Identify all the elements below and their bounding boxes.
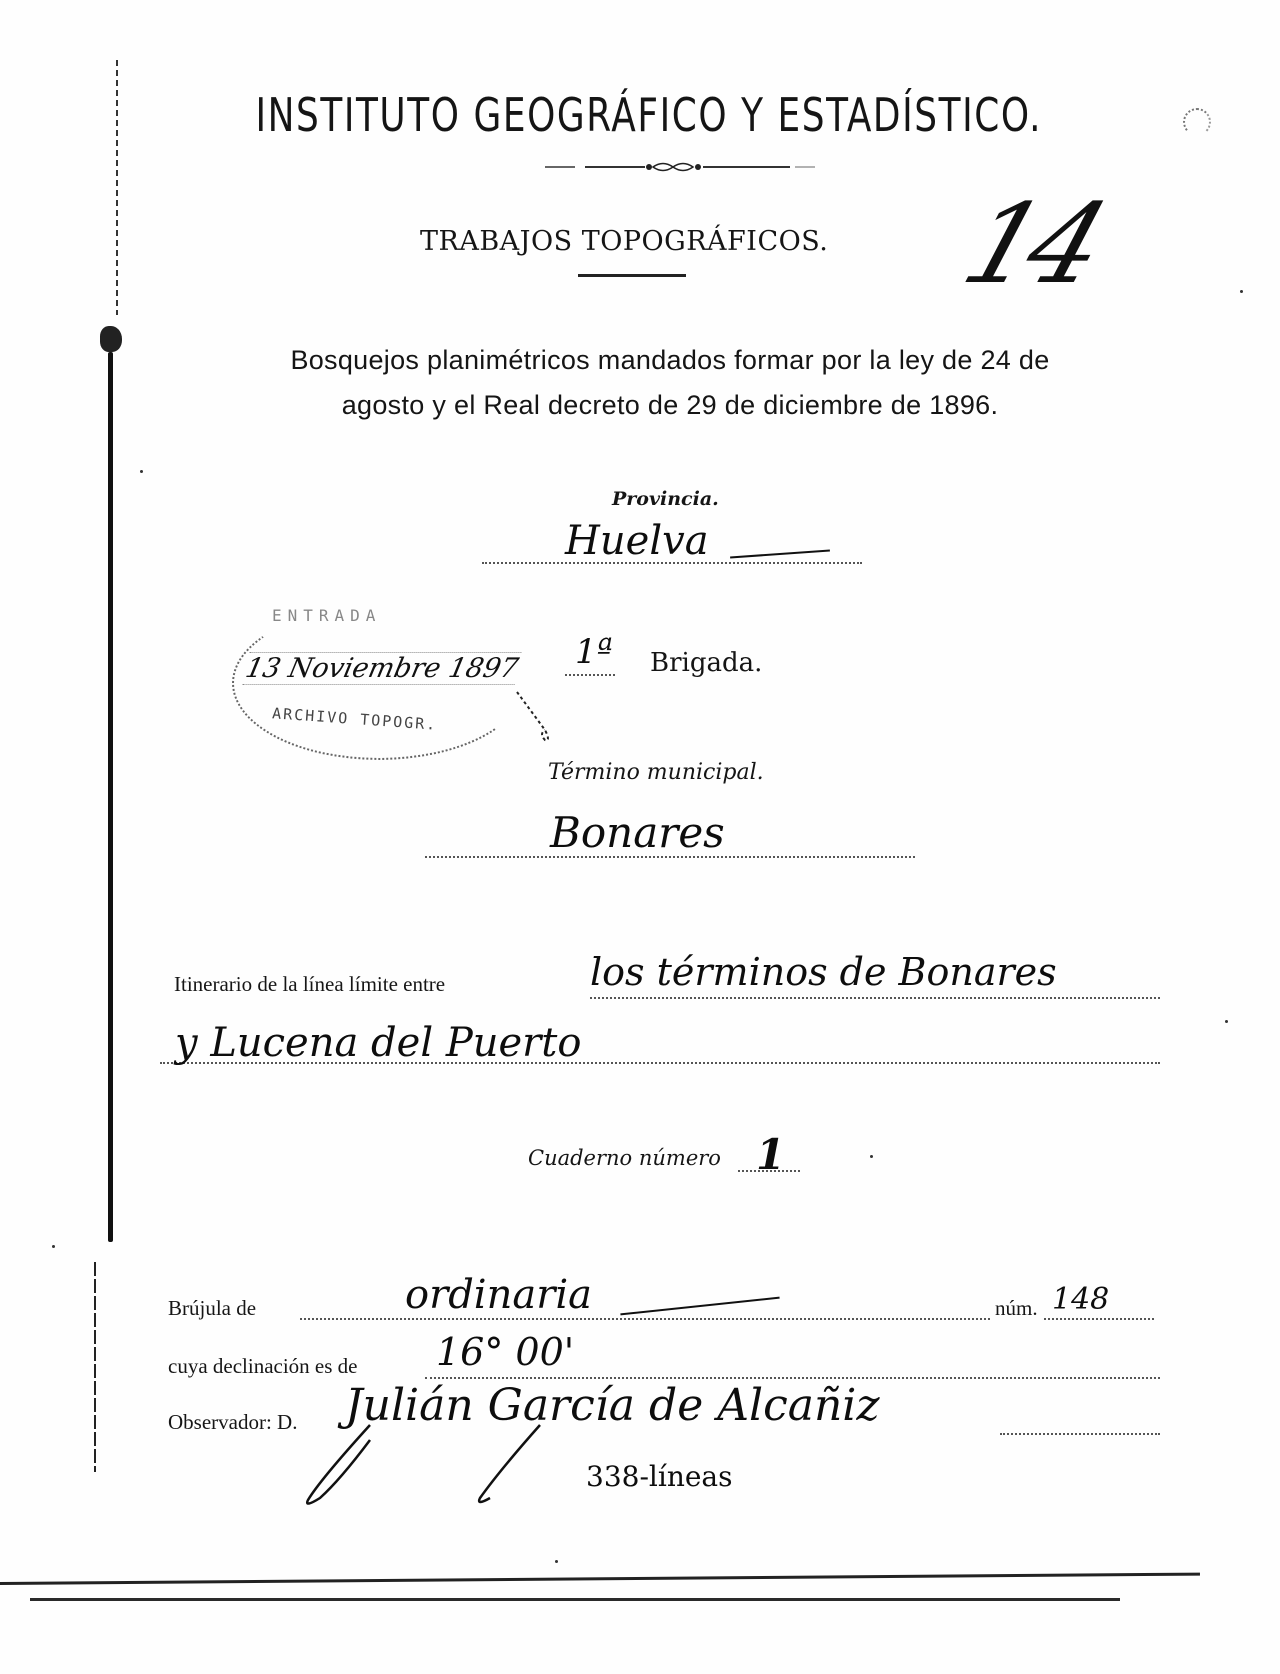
declinacion-value: 16° 00' bbox=[436, 1330, 574, 1374]
stamp-top-text: ENTRADA bbox=[272, 606, 381, 625]
observador-label: Observador: D. bbox=[168, 1410, 297, 1435]
decree-text: Bosquejos planimétricos mandados formar … bbox=[120, 338, 1220, 428]
bottom-rule-upper bbox=[0, 1573, 1200, 1585]
provincia-value: Huelva bbox=[565, 518, 709, 564]
folio-number: 14 bbox=[949, 180, 1115, 308]
binding-line-dashed bbox=[116, 60, 118, 315]
brujula-num-label: núm. bbox=[995, 1296, 1038, 1321]
ink-speck bbox=[1225, 1020, 1228, 1023]
brigada-value: 1ª bbox=[575, 632, 613, 672]
ink-speck bbox=[52, 1245, 55, 1248]
decree-line-2: agosto y el Real decreto de 29 de diciem… bbox=[120, 383, 1220, 428]
declinacion-label: cuya declinación es de bbox=[168, 1354, 358, 1379]
binding-line bbox=[108, 352, 113, 1242]
bottom-rule-lower bbox=[30, 1598, 1120, 1601]
institute-title: INSTITUTO GEOGRÁFICO Y ESTADÍSTICO. bbox=[150, 88, 1148, 142]
brujula-label: Brújula de bbox=[168, 1296, 256, 1321]
itinerario-label: Itinerario de la línea límite entre bbox=[174, 972, 445, 997]
brujula-dotted-line bbox=[300, 1318, 990, 1320]
document-page: INSTITUTO GEOGRÁFICO Y ESTADÍSTICO. TRAB… bbox=[0, 0, 1280, 1674]
pen-stroke-mark bbox=[515, 690, 565, 750]
itinerario-value-line-2: y Lucena del Puerto bbox=[175, 1020, 581, 1066]
brujula-flourish bbox=[620, 1297, 779, 1316]
declinacion-dotted-line bbox=[425, 1377, 1160, 1379]
decree-line-1: Bosquejos planimétricos mandados formar … bbox=[120, 338, 1220, 383]
ink-speck bbox=[140, 470, 143, 473]
signature-flourish bbox=[300, 1420, 560, 1510]
ink-speck bbox=[1240, 290, 1243, 293]
section-subtitle: TRABAJOS TOPOGRÁFICOS. bbox=[420, 226, 828, 257]
brujula-value: ordinaria bbox=[405, 1272, 592, 1318]
brujula-num-value: 148 bbox=[1052, 1282, 1109, 1317]
provincia-flourish bbox=[730, 550, 830, 559]
ornament-divider-icon bbox=[545, 160, 815, 174]
brigada-dotted-line bbox=[565, 674, 615, 676]
subtitle-underline bbox=[578, 274, 686, 277]
binding-line-lower bbox=[94, 1262, 96, 1472]
ink-speck bbox=[555, 1560, 558, 1563]
observador-dotted-line bbox=[1000, 1433, 1160, 1435]
cuaderno-label: Cuaderno número bbox=[528, 1146, 721, 1170]
brigada-label: Brigada. bbox=[650, 648, 762, 678]
archive-stamp: ENTRADA 13 Noviembre 1897 ARCHIVO TOPOGR… bbox=[222, 598, 532, 768]
ink-speck bbox=[870, 1155, 873, 1158]
brujula-num-dotted-line bbox=[1044, 1318, 1154, 1320]
stamp-date: 13 Noviembre 1897 bbox=[242, 652, 521, 685]
itinerario-value-line-1: los términos de Bonares bbox=[590, 950, 1057, 994]
itinerario-dotted-line-1 bbox=[590, 997, 1160, 999]
observador-note: 338-líneas bbox=[586, 1460, 732, 1493]
termino-municipal-label: Término municipal. bbox=[548, 760, 764, 785]
binding-ink-blot bbox=[100, 326, 122, 352]
corner-stamp-mark bbox=[1183, 108, 1211, 136]
cuaderno-value: 1 bbox=[756, 1130, 785, 1179]
termino-municipal-value: Bonares bbox=[550, 808, 725, 857]
provincia-label: Provincia. bbox=[612, 488, 719, 510]
